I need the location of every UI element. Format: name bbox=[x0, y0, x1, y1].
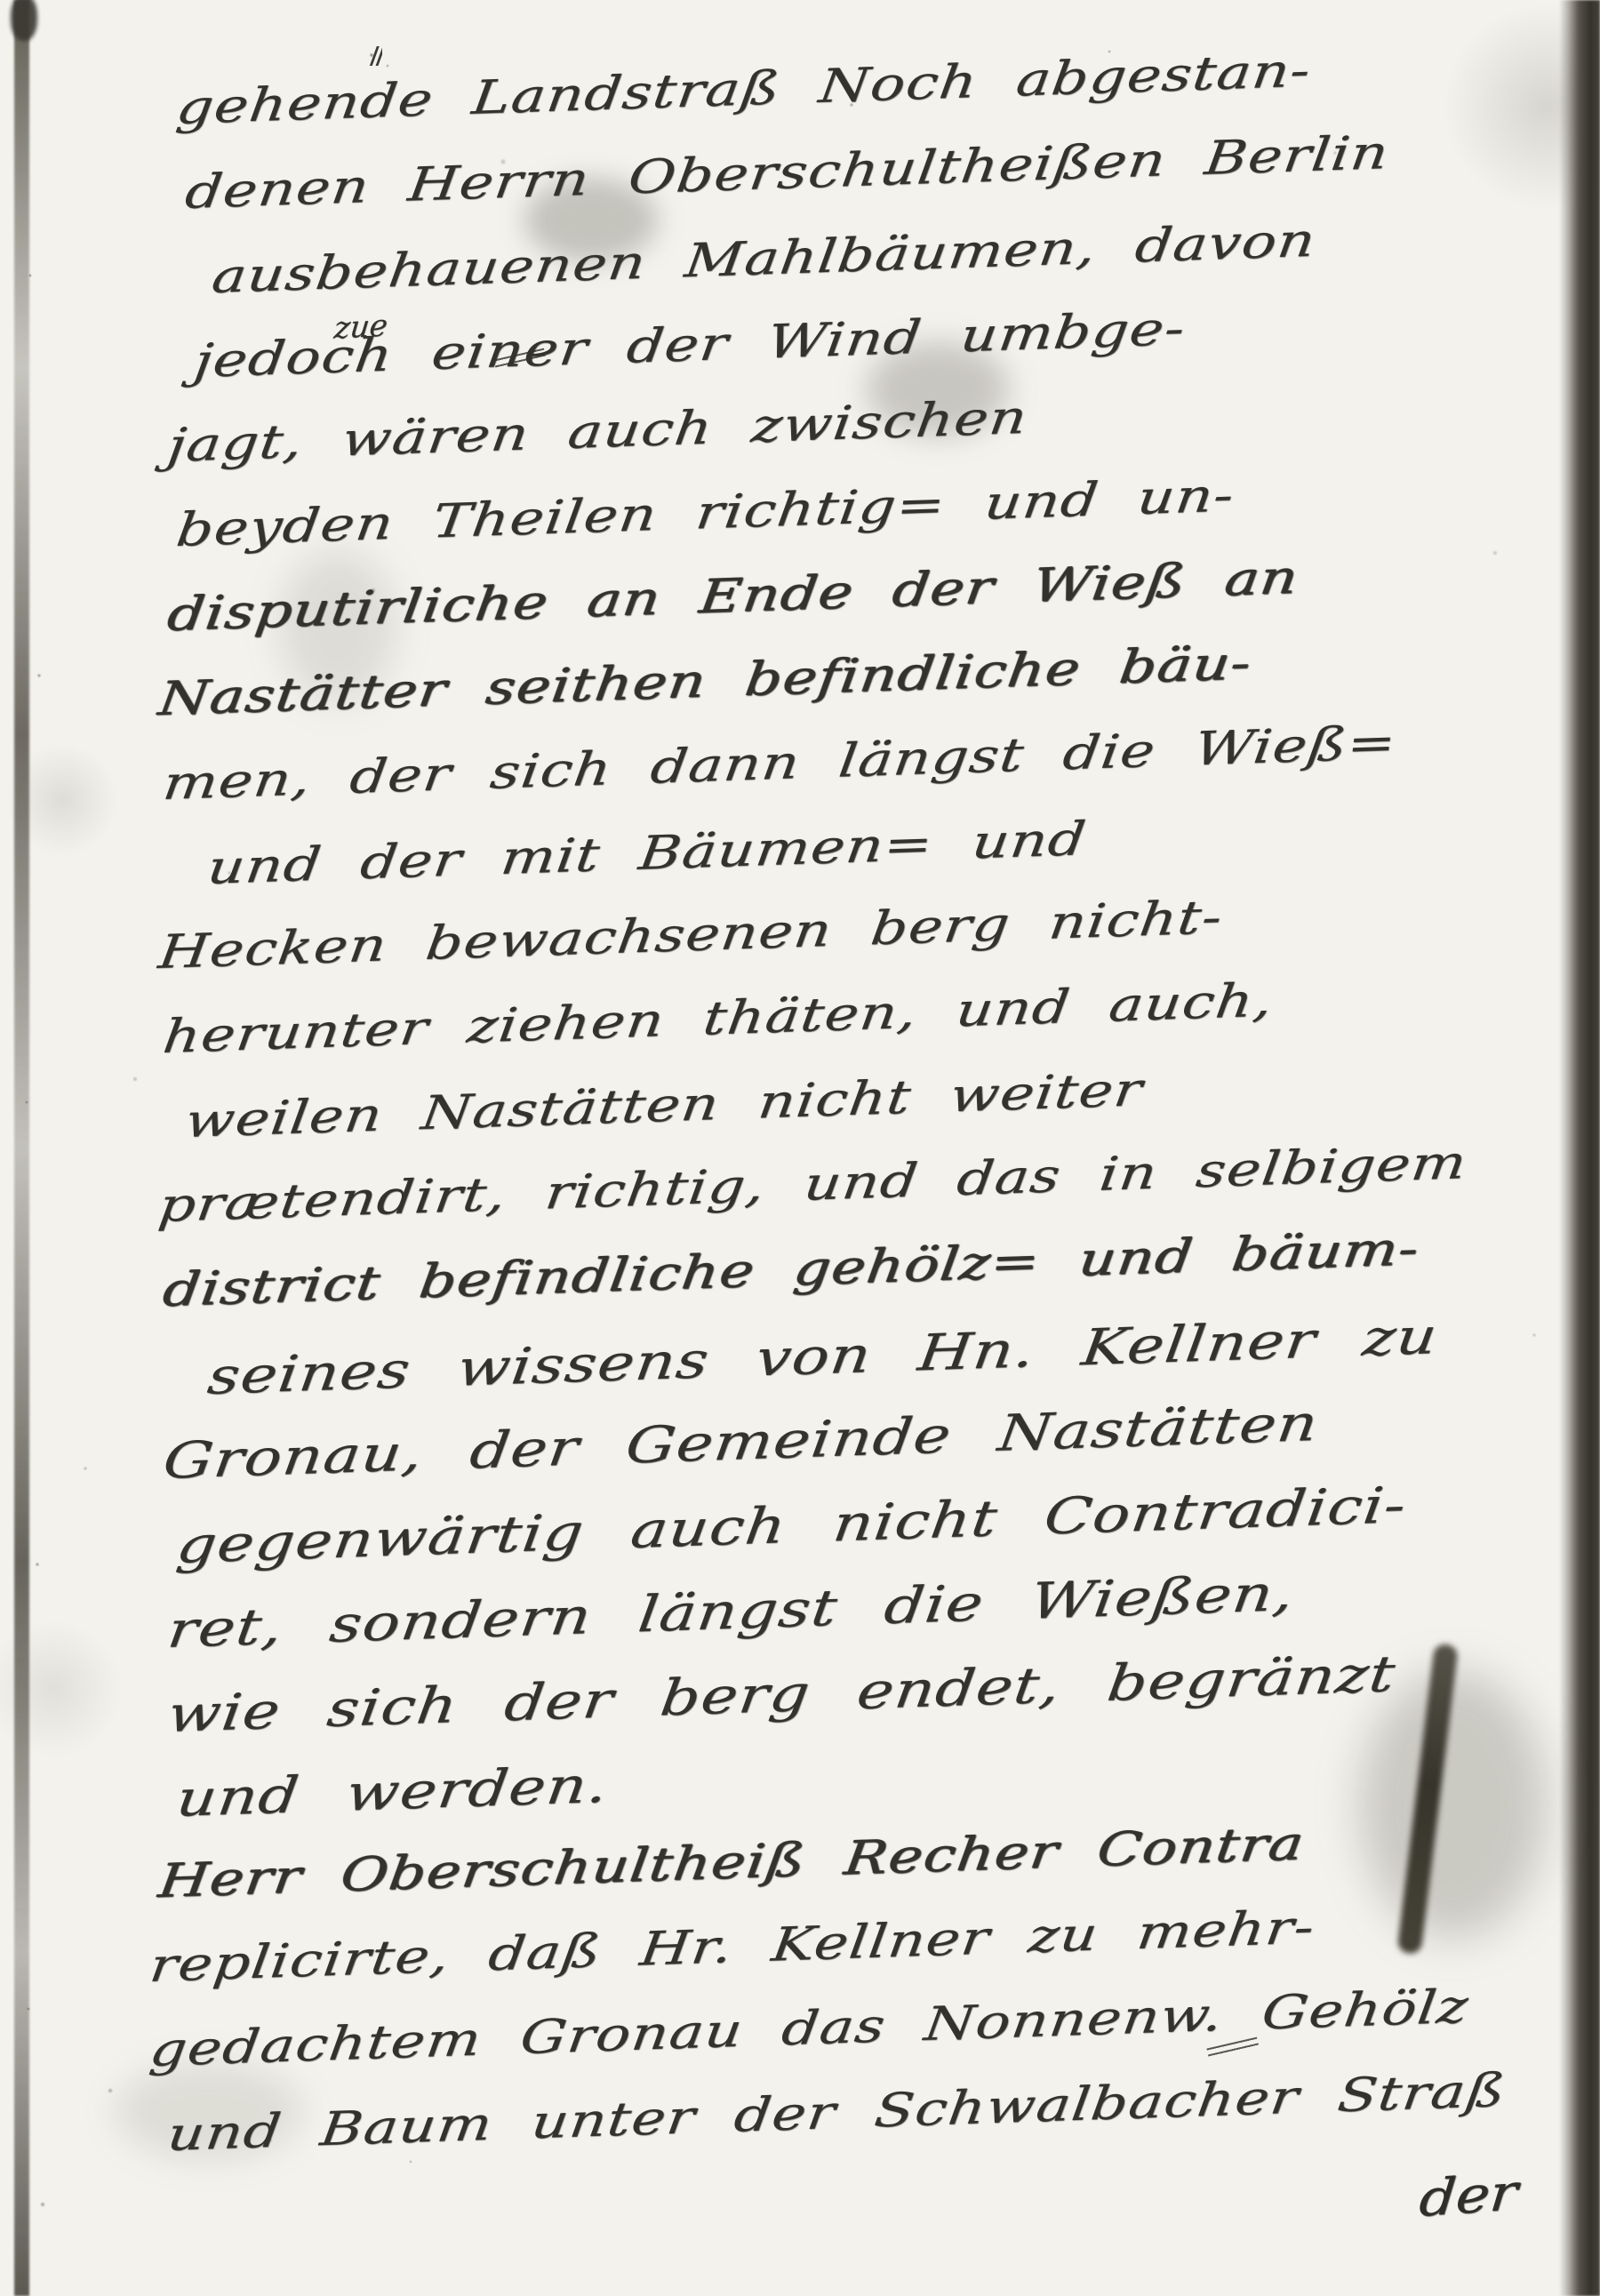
manuscript-line: weilen Nastätten nicht weiter bbox=[182, 1063, 1146, 1148]
manuscript-page: gehende Landstraß Noch abgestan- denen H… bbox=[0, 0, 1600, 2296]
manuscript-line: prætendirt, richtig, und das in selbigem bbox=[156, 1136, 1470, 1233]
scan-edge-right bbox=[1559, 0, 1600, 2296]
catchword: der bbox=[1417, 2164, 1520, 2228]
manuscript-line: und werden. bbox=[173, 1756, 612, 1828]
manuscript-line: Herr Oberschultheiß Recher Contra bbox=[156, 1817, 1308, 1908]
scan-edge-left-speckle bbox=[4, 0, 50, 2296]
manuscript-line: und der mit Bäumen= und bbox=[204, 812, 1090, 895]
manuscript-line: denen Herrn Oberschultheißen Berlin bbox=[182, 126, 1392, 220]
manuscript-line: men, der sich dann längst die Wieß= bbox=[160, 716, 1400, 811]
manuscript-line: gehende Landstraß Noch abgestan- bbox=[173, 44, 1314, 135]
manuscript-line: ausbehauenen Mahlbäumen, davon bbox=[209, 214, 1319, 304]
manuscript-line: beyden Theilen richtig= und un- bbox=[173, 468, 1237, 557]
interlinear-insertion: zue bbox=[332, 308, 389, 346]
stray-ink-mark bbox=[368, 46, 382, 66]
manuscript-line: seines wissens von Hn. Kellner zu bbox=[204, 1308, 1441, 1406]
manuscript-line: gegenwärtig auch nicht Contradici- bbox=[173, 1476, 1410, 1575]
manuscript-line: ret, sondern längst die Wießen, bbox=[164, 1564, 1298, 1660]
manuscript-line: Gronau, der Gemeinde Nastätten bbox=[160, 1395, 1322, 1491]
manuscript-line: gedachtem Gronau das Nonnenw. Gehölz bbox=[147, 1980, 1472, 2077]
manuscript-line: wie sich der berg endet, begränzt bbox=[164, 1645, 1399, 1744]
ink-smear-halo bbox=[1360, 1671, 1547, 1938]
manuscript-line: district befindliche gehölz= und bäum- bbox=[160, 1222, 1422, 1317]
manuscript-line: replicirte, daß Hr. Kellner zu mehr- bbox=[147, 1900, 1318, 1993]
manuscript-line: Hecken bewachsenen berg nicht- bbox=[156, 891, 1226, 980]
manuscript-line: herunter ziehen thäten, und auch, bbox=[160, 973, 1276, 1064]
manuscript-line: jagt, wären auch zwischen bbox=[164, 391, 1031, 473]
scan-corner-blot bbox=[11, 0, 37, 41]
manuscript-line: und Baum unter der Schwalbacher Straß bbox=[164, 2064, 1509, 2162]
